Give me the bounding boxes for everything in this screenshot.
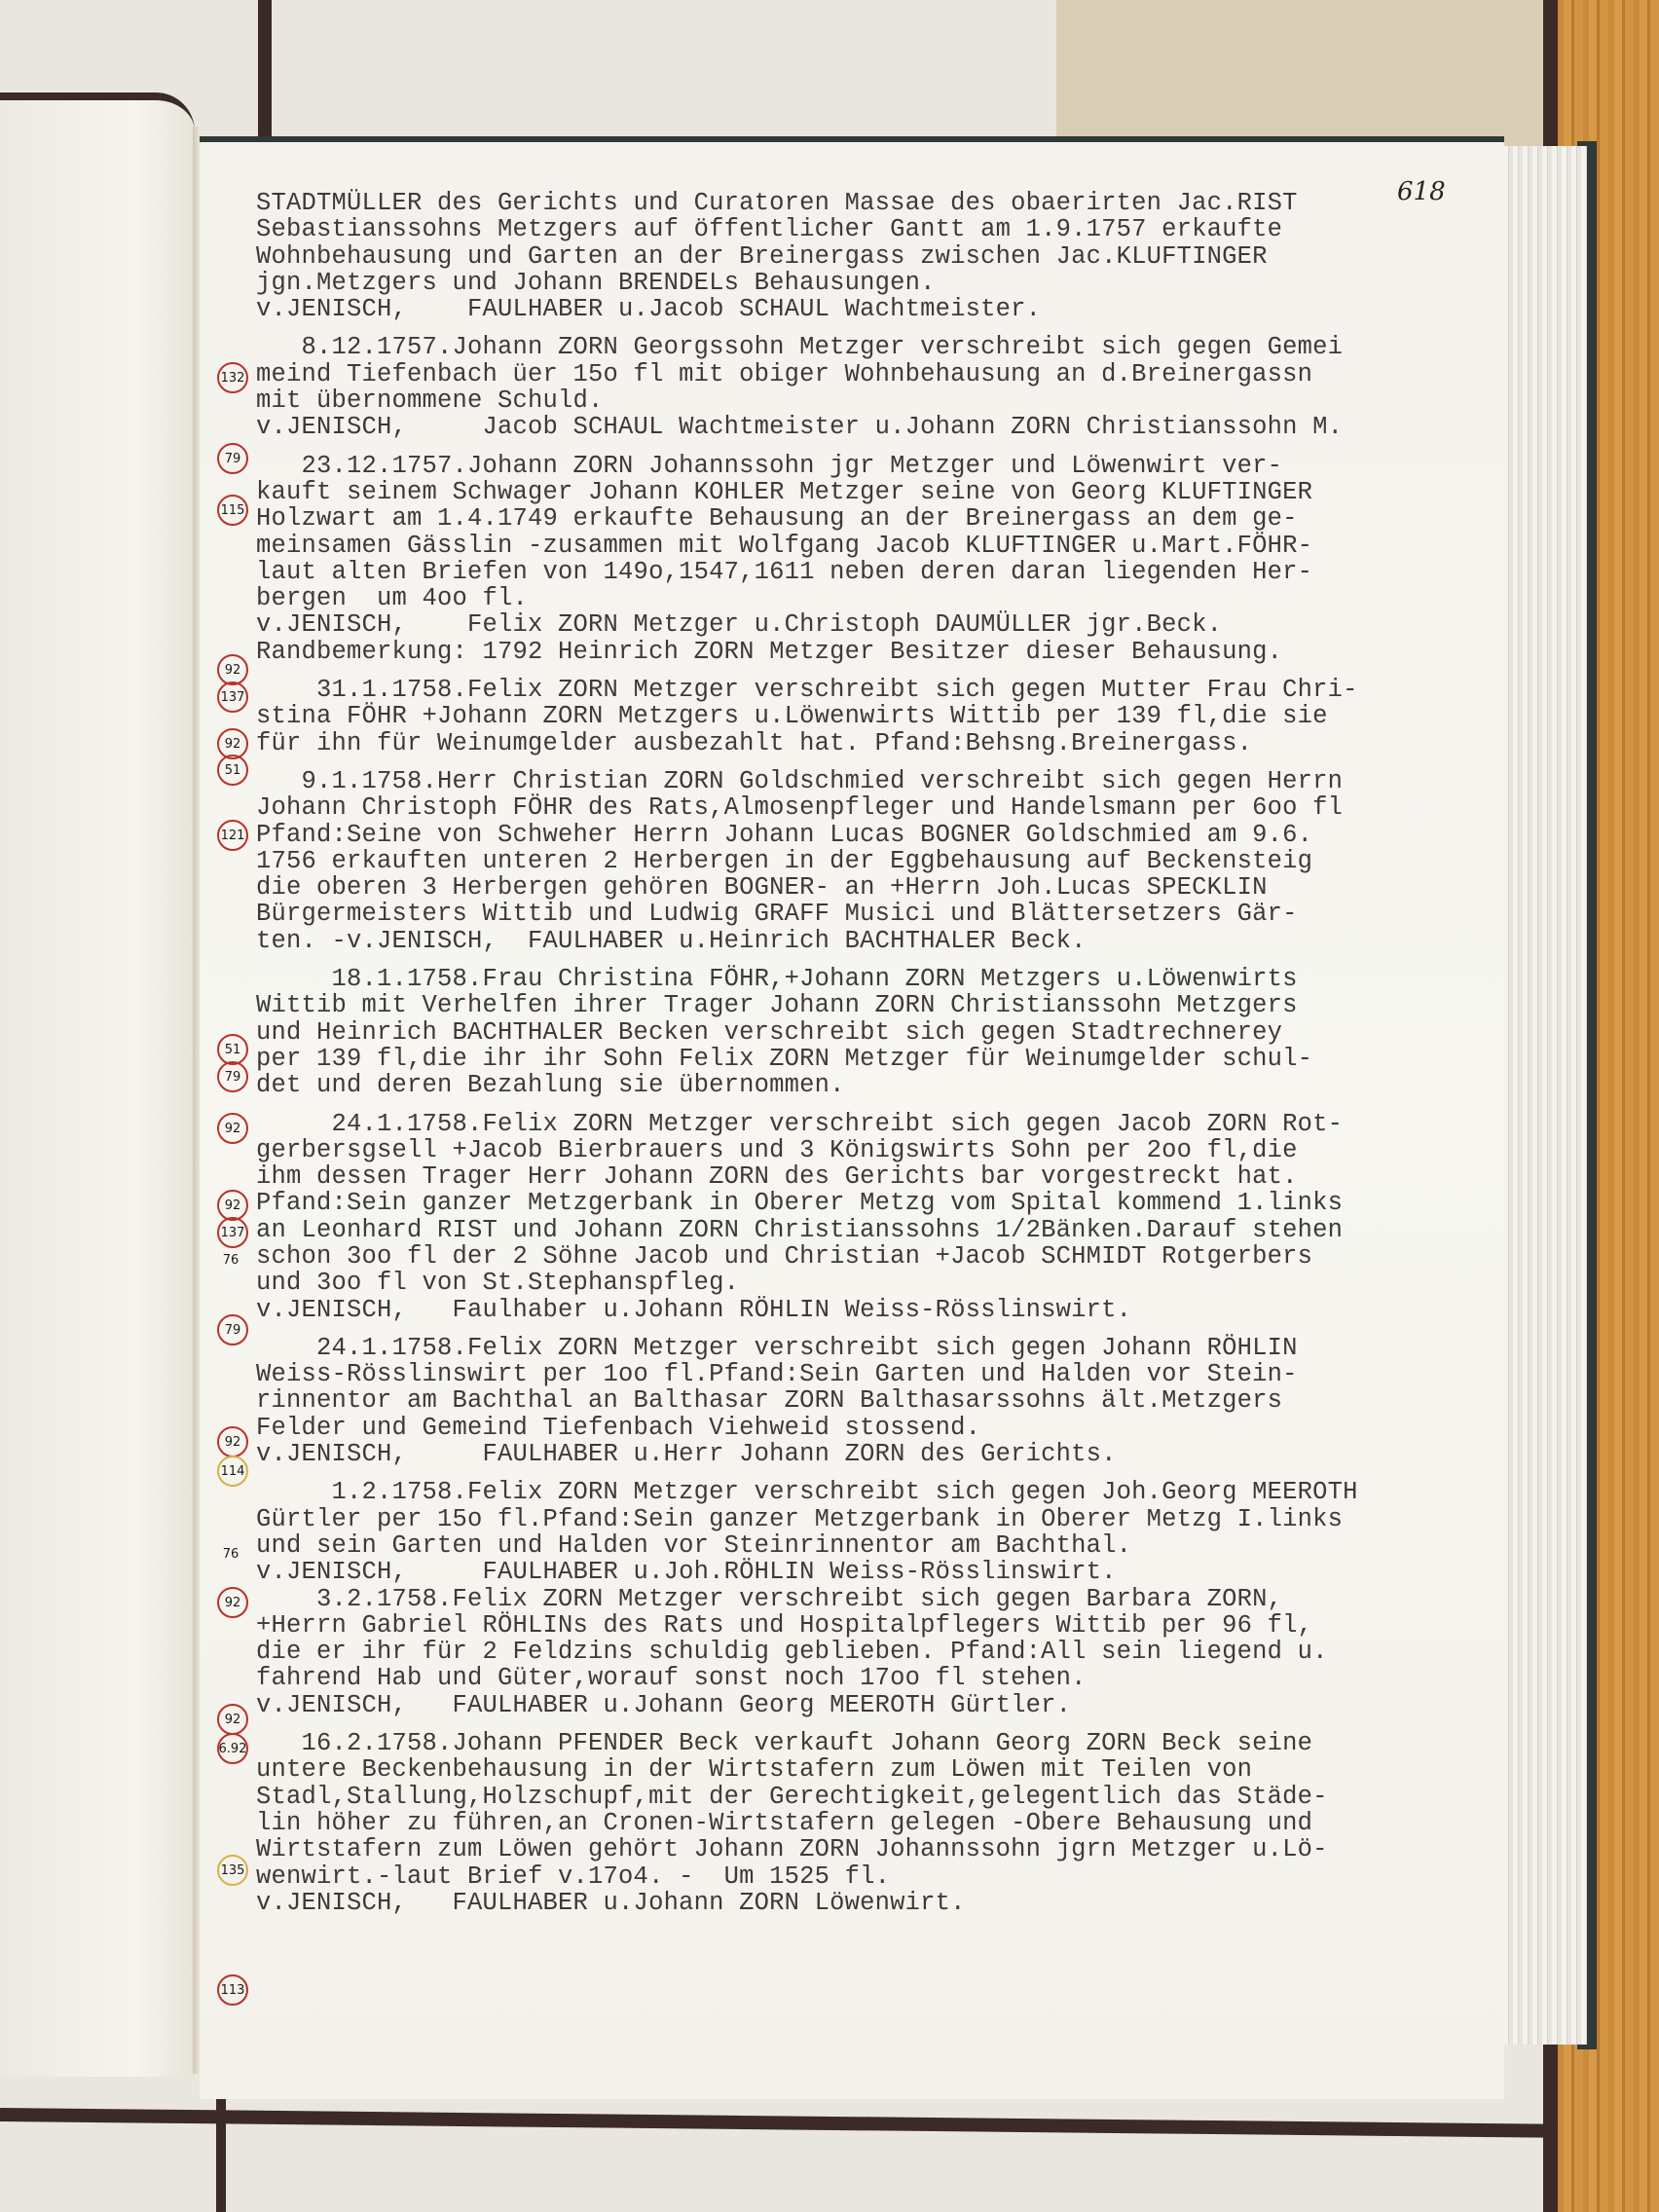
text-line: Bürgermeisters Wittib und Ludwig GRAFF M… [256, 901, 1493, 927]
text-line: gerbersgsell +Jacob Bierbrauers und 3 Kö… [256, 1137, 1493, 1163]
text-line: Holzwart am 1.4.1749 erkaufte Behausung … [256, 505, 1493, 532]
document-entry: 23.12.1757.Johann ZORN Johannssohn jgr M… [256, 453, 1493, 665]
text-line: Felder und Gemeind Tiefenbach Viehweid s… [256, 1415, 1493, 1441]
text-line: STADTMÜLLER des Gerichts und Curatoren M… [256, 190, 1493, 216]
tile-grout [0, 2108, 1558, 2138]
text-line: Stadl,Stallung,Holzschupf,mit der Gerech… [256, 1784, 1493, 1810]
text-line: und 3oo fl von St.Stephanspfleg. [256, 1270, 1493, 1296]
text-line: rinnentor am Bachthal an Balthasar ZORN … [256, 1387, 1493, 1414]
margin-note-circle: 115 [217, 495, 248, 526]
margin-note-circle: 135 [217, 1855, 248, 1886]
text-line: bergen um 4oo fl. [256, 585, 1493, 611]
text-line: untere Beckenbehausung in der Wirtstafer… [256, 1756, 1493, 1783]
document-entry: STADTMÜLLER des Gerichts und Curatoren M… [256, 190, 1493, 322]
margin-note-circle: 113 [217, 1974, 248, 2006]
text-line: Pfand:Sein ganzer Metzgerbank in Oberer … [256, 1190, 1493, 1216]
margin-note-circle: 121 [217, 820, 248, 851]
text-line: ihm dessen Trager Herr Johann ZORN des G… [256, 1163, 1493, 1190]
text-line: v.JENISCH, FAULHABER u.Johann Georg MEER… [256, 1692, 1493, 1718]
margin-note-circle: 76 [217, 1246, 244, 1273]
text-line: schon 3oo fl der 2 Söhne Jacob und Chris… [256, 1243, 1493, 1270]
text-line: Wittib mit Verhelfen ihrer Trager Johann… [256, 992, 1493, 1018]
text-line: Randbemerkung: 1792 Heinrich ZORN Metzge… [256, 639, 1493, 665]
text-line: meind Tiefenbach üer 15o fl mit obiger W… [256, 361, 1493, 387]
text-line: laut alten Briefen von 149o,1547,1611 ne… [256, 559, 1493, 585]
margin-note-circle: 79 [217, 1061, 248, 1092]
text-line: jgn.Metzgers und Johann BRENDELs Behausu… [256, 270, 1493, 296]
margin-note-circle: 92 [217, 1113, 248, 1144]
tile-grout [258, 0, 272, 136]
text-line: 8.12.1757.Johann ZORN Georgssohn Metzger… [256, 334, 1493, 360]
text-line: Weiss-Rösslinswirt per 1oo fl.Pfand:Sein… [256, 1361, 1493, 1387]
text-line: und Heinrich BACHTHALER Becken verschrei… [256, 1019, 1493, 1046]
entry-gap [256, 1099, 1493, 1111]
text-line: 24.1.1758.Felix ZORN Metzger verschreibt… [256, 1335, 1493, 1361]
text-line: v.JENISCH, FAULHABER u.Herr Johann ZORN … [256, 1441, 1493, 1467]
left-page [0, 92, 195, 2077]
entry-gap [256, 441, 1493, 453]
text-line: 3.2.1758.Felix ZORN Metzger verschreibt … [256, 1586, 1493, 1612]
text-line: v.JENISCH, Jacob SCHAUL Wachtmeister u.J… [256, 414, 1493, 440]
text-line: für ihn für Weinumgelder ausbezahlt hat.… [256, 730, 1493, 756]
text-line: die er ihr für 2 Feldzins schuldig gebli… [256, 1639, 1493, 1665]
text-line: 1756 erkauften unteren 2 Herbergen in de… [256, 848, 1493, 874]
document-entry: 18.1.1758.Frau Christina FÖHR,+Johann ZO… [256, 966, 1493, 1098]
document-body: STADTMÜLLER des Gerichts und Curatoren M… [256, 190, 1493, 1916]
text-line: 1.2.1758.Felix ZORN Metzger verschreibt … [256, 1479, 1493, 1505]
document-entry: 24.1.1758.Felix ZORN Metzger verschreibt… [256, 1111, 1493, 1323]
text-line: 16.2.1758.Johann PFENDER Beck verkauft J… [256, 1730, 1493, 1756]
text-line: Sebastianssohns Metzgers auf öffentliche… [256, 216, 1493, 242]
text-line: Gürtler per 15o fl.Pfand:Sein ganzer Met… [256, 1506, 1493, 1532]
text-line: stina FÖHR +Johann ZORN Metzgers u.Löwen… [256, 703, 1493, 729]
text-line: v.JENISCH, Felix ZORN Metzger u.Christop… [256, 611, 1493, 638]
text-line: lin höher zu führen,an Cronen-Wirtstafer… [256, 1810, 1493, 1836]
text-line: v.JENISCH, Faulhaber u.Johann RÖHLIN Wei… [256, 1297, 1493, 1323]
text-line: per 139 fl,die ihr ihr Sohn Felix ZORN M… [256, 1046, 1493, 1072]
margin-note-circle: 137 [217, 1217, 248, 1248]
margin-note-circle: 79 [217, 443, 248, 474]
text-line: Johann Christoph FÖHR des Rats,Almosenpf… [256, 794, 1493, 821]
text-line: wenwirt.-laut Brief v.17o4. - Um 1525 fl… [256, 1863, 1493, 1890]
text-line: meinsamen Gässlin -zusammen mit Wolfgang… [256, 533, 1493, 559]
text-line: det und deren Bezahlung sie übernommen. [256, 1072, 1493, 1098]
margin-note-circle: 6.92 [217, 1733, 248, 1764]
text-line: fahrend Hab und Güter,worauf sonst noch … [256, 1665, 1493, 1691]
text-line: 18.1.1758.Frau Christina FÖHR,+Johann ZO… [256, 966, 1493, 992]
margin-note-circle: 51 [217, 755, 248, 786]
text-line: kauft seinem Schwager Johann KOHLER Metz… [256, 479, 1493, 505]
margin-note-circle: 114 [217, 1456, 248, 1487]
margin-note-circle: 92 [217, 1426, 248, 1457]
document-entry: 9.1.1758.Herr Christian ZORN Goldschmied… [256, 768, 1493, 954]
margin-note-circle: 137 [217, 682, 248, 713]
text-line: 9.1.1758.Herr Christian ZORN Goldschmied… [256, 768, 1493, 794]
document-entry: 1.2.1758.Felix ZORN Metzger verschreibt … [256, 1479, 1493, 1718]
margin-note-circle: 132 [217, 362, 248, 393]
text-line: die oberen 3 Herbergen gehören BOGNER- a… [256, 874, 1493, 901]
text-line: an Leonhard RIST und Johann ZORN Christi… [256, 1217, 1493, 1243]
document-entry: 31.1.1758.Felix ZORN Metzger verschreibt… [256, 677, 1493, 756]
background-tile [1056, 0, 1558, 146]
text-line: und sein Garten und Halden vor Steinrinn… [256, 1532, 1493, 1559]
document-entry: 8.12.1757.Johann ZORN Georgssohn Metzger… [256, 334, 1493, 440]
text-line: 23.12.1757.Johann ZORN Johannssohn jgr M… [256, 453, 1493, 479]
margin-note-circle: 92 [217, 1704, 248, 1735]
margin-note-circle: 79 [217, 1314, 248, 1346]
margin-note-circle: 92 [217, 1587, 248, 1618]
page-edges [1499, 146, 1587, 2045]
text-line: v.JENISCH, FAULHABER u.Johann ZORN Löwen… [256, 1890, 1493, 1916]
document-entry: 24.1.1758.Felix ZORN Metzger verschreibt… [256, 1335, 1493, 1467]
text-line: mit übernommene Schuld. [256, 387, 1493, 414]
text-line: Wohnbehausung und Garten an der Breinerg… [256, 243, 1493, 270]
text-line: 24.1.1758.Felix ZORN Metzger verschreibt… [256, 1111, 1493, 1137]
text-line: 31.1.1758.Felix ZORN Metzger verschreibt… [256, 677, 1493, 703]
text-line: Wirtstafern zum Löwen gehört Johann ZORN… [256, 1836, 1493, 1862]
text-line: v.JENISCH, FAULHABER u.Joh.RÖHLIN Weiss-… [256, 1559, 1493, 1585]
document-entry: 16.2.1758.Johann PFENDER Beck verkauft J… [256, 1730, 1493, 1916]
text-line: +Herrn Gabriel RÖHLINs des Rats und Hosp… [256, 1612, 1493, 1639]
text-line: Pfand:Seine von Schweher Herrn Johann Lu… [256, 822, 1493, 848]
text-line: ten. -v.JENISCH, FAULHABER u.Heinrich BA… [256, 928, 1493, 954]
text-line: v.JENISCH, FAULHABER u.Jacob SCHAUL Wach… [256, 296, 1493, 322]
margin-note-circle: 76 [217, 1540, 244, 1567]
